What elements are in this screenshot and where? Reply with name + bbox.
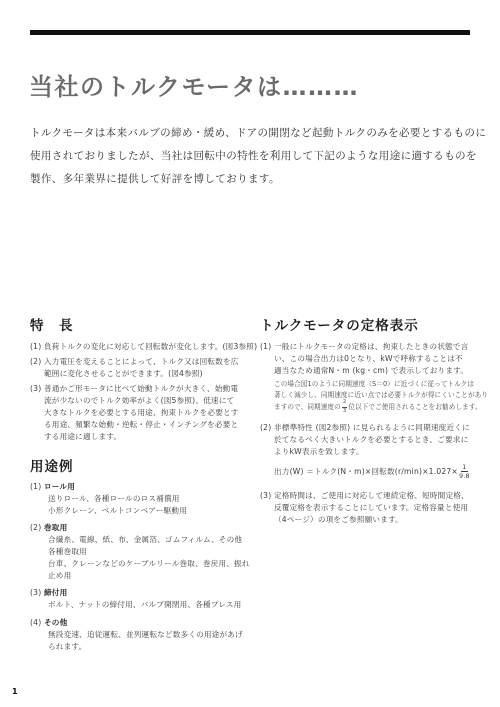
item-number: (3) [260,490,274,502]
feature-item: (3) 普通かご形モータに比べて始動トルクが大きく、始動電流が少ないのでトルク効… [30,383,252,443]
application-item-title: 締付用 [44,587,67,599]
rating-item: (2) 非標準特性 (図2参照) に見られるように同期速度近くに於てなるべく大き… [260,422,494,482]
rating-item: (3) 定格時間は、ご使用に対応して連続定格、短時間定格、反覆定格を表示すること… [260,490,494,526]
left-column: 特 長 (1) 負荷トルクの変化に対応して回転数が変化します。(図3参照) (2… [30,314,252,658]
application-item-head: (4) その他 [30,617,252,629]
text-line: 負荷トルクの変化に対応して回転数が変化します。(図3参照) [44,341,257,353]
text-line: い、この場合出力は0となり、kWで呼称することは不 [274,353,494,365]
application-item: (1) ロール用 送りロール、各種ロールのロス補償用小形クレーン、ベルトコンベア… [30,481,252,516]
intro-paragraph: トルクモータは本来バルブの締め・緩め、ドアの開閉など起動トルクのみを必要とするも… [30,122,474,191]
item-body: 非標準特性 (図2参照) に見られるように同期速度近くに於てなるべく大きいトルク… [274,422,494,482]
application-item-title: その他 [44,617,67,629]
text-line: 於てなるべく大きいトルクを必要とするとき、ご要求に [274,434,494,446]
application-item-head: (2) 巻取用 [30,522,252,534]
text-line: 各種巻取用 [48,546,252,558]
text-line: 著しく減少し、同期速度に近い点では必要トルクが得にくいことがあり [274,390,494,401]
note-text: 位以下でご使用されることをお勧めします。 [348,402,481,413]
two-column-layout: 特 長 (1) 負荷トルクの変化に対応して回転数が変化します。(図3参照) (2… [30,314,474,658]
text-line: 合繊糸、電線、紙、布、金属箔、ゴムフィルム、その他 [48,534,252,546]
text-line: （4ページ）の項をご参照願います。 [274,514,494,526]
item-number: (1) [260,341,274,353]
text-line: 製作、多年業界に提供して好評を博しております。 [30,168,474,191]
item-number: (2) [30,522,44,534]
application-item: (3) 締付用 ボルト、ナットの締付用、バルブ開閉用、各種プレス用 [30,587,252,611]
output-formula: 出力(W) ＝トルク(N・m)×回転数(r/min)×1.027× 1 9.8 [274,464,494,480]
application-item-title: ロール用 [44,481,75,493]
text-line: 止め用 [48,570,252,582]
item-lines: 送りロール、各種ロールのロス補償用小形クレーン、ベルトコンベアー駆動用 [48,493,252,517]
fraction-numerator: 1 [461,464,467,472]
text-line: 定格時間は、ご使用に対応して連続定格、短時間定格、 [274,490,494,502]
item-lines: 非標準特性 (図2参照) に見られるように同期速度近くに於てなるべく大きいトルク… [274,422,494,458]
application-item: (2) 巻取用 合繊糸、電線、紙、布、金属箔、ゴムフィルム、その他各種巻取用台車… [30,522,252,581]
text-line: よりkW表示を致します。 [274,446,494,458]
text-line: 台車、クレーンなどのケーブルリール巻取、巻戻用、振れ [48,558,252,570]
text-line: 小形クレーン、ベルトコンベアー駆動用 [48,505,252,517]
item-lines: 定格時間は、ご使用に対応して連続定格、短時間定格、反覆定格を表示することにしてい… [274,490,494,526]
item-number: (2) [30,356,44,368]
text-line: 送りロール、各種ロールのロス補償用 [48,493,252,505]
text-line: 一般にトルクモータの定格は、拘束したときの状態で言 [274,341,494,353]
fraction-two-thirds: 2 3 [342,400,348,414]
features-title: 特 長 [30,314,252,334]
text-line: 非標準特性 (図2参照) に見られるように同期速度近くに [274,422,494,434]
text-line: 流が少ないのでトルク効率がよく(図5参照)、低速にて [44,395,252,407]
item-lines: 合繊糸、電線、紙、布、金属箔、ゴムフィルム、その他各種巻取用台車、クレーンなどの… [48,534,252,581]
item-lines: 一般にトルクモータの定格は、拘束したときの状態で言い、この場合出力は0となり、k… [274,341,494,377]
item-lines: 負荷トルクの変化に対応して回転数が変化します。(図3参照) [44,341,257,353]
item-number: (1) [30,341,44,353]
page-title: 当社のトルクモータは……… [29,67,359,102]
text-line: る用途、頻繁な始動・逆転・停止・インチングを必要と [44,419,252,431]
text-line: 適当なため通常N・m (kg・cm) で表示しております。 [274,365,494,377]
text-line: 反覆定格を表示することにしています。定格容量と使用 [274,502,494,514]
application-item-head: (3) 締付用 [30,587,252,599]
rating-note: この場合図1のように同期速度（S＝0）に近づくに従ってトルクは著しく減少し、同期… [274,379,494,414]
application-item-title: 巻取用 [44,522,67,534]
text-line: 無段変速、追従運転、並列運転など数多くの用途があげ [48,629,252,641]
item-lines: 入力電圧を変えることによって、トルク又は回転数を広範囲に変化させることができます… [44,356,252,380]
application-item-head: (1) ロール用 [30,481,252,493]
document-page: 当社のトルクモータは……… トルクモータは本来バルブの締め・緩め、ドアの開閉など… [0,0,500,707]
item-number: (3) [30,587,44,599]
page-number: 1 [12,687,18,696]
rating-section: トルクモータの定格表示 (1) 一般にトルクモータの定格は、拘束したときの状態で… [260,314,494,526]
feature-item: (2) 入力電圧を変えることによって、トルク又は回転数を広範囲に変化させることが… [30,356,252,380]
note-text: ますので、同期速度の [274,402,341,413]
item-number: (4) [30,617,44,629]
fraction-numerator: 2 [342,400,348,407]
text-line: この場合図1のように同期速度（S＝0）に近づくに従ってトルクは [274,379,494,390]
text-line: 大きなトルクを必要とする用途、拘束トルクを必要とす [44,407,252,419]
text-line: 普通かご形モータに比べて始動トルクが大きく、始動電 [44,383,252,395]
application-item: (4) その他 無段変速、追従運転、並列運転など数多くの用途があげられます。 [30,617,252,652]
text-line: られます。 [48,641,252,653]
top-rule [30,30,470,35]
applications-section: 用途例 (1) ロール用 送りロール、各種ロールのロス補償用小形クレーン、ベルト… [30,455,252,652]
fraction-denominator: 3 [343,408,347,414]
rating-title: トルクモータの定格表示 [260,314,494,334]
item-number: (3) [30,383,44,395]
formula-text: 出力(W) ＝トルク(N・m)×回転数(r/min)×1.027× [274,466,458,478]
item-number: (1) [30,481,44,493]
text-line: トルクモータは本来バルブの締め・緩め、ドアの開閉など起動トルクのみを必要とするも… [30,122,474,145]
text-line: 使用されておりましたが、当社は回転中の特性を利用して下記のような用途に適するもの… [30,145,474,168]
text-line: ボルト、ナットの締付用、バルブ開閉用、各種プレス用 [48,599,252,611]
item-lines: 無段変速、追従運転、並列運転など数多くの用途があげられます。 [48,629,252,653]
item-body: 定格時間は、ご使用に対応して連続定格、短時間定格、反覆定格を表示することにしてい… [274,490,494,526]
features-section: 特 長 (1) 負荷トルクの変化に対応して回転数が変化します。(図3参照) (2… [30,314,252,443]
text-line: する用途に適します。 [44,431,252,443]
note-lines: この場合図1のように同期速度（S＝0）に近づくに従ってトルクは著しく減少し、同期… [274,379,494,400]
item-lines: ボルト、ナットの締付用、バルブ開閉用、各種プレス用 [48,599,252,611]
text-line: 範囲に変化させることができます。(図4参照) [44,368,252,380]
item-body: 一般にトルクモータの定格は、拘束したときの状態で言い、この場合出力は0となり、k… [274,341,494,414]
item-lines: 普通かご形モータに比べて始動トルクが大きく、始動電流が少ないのでトルク効率がよく… [44,383,252,443]
fraction-one-over-9-8: 1 9.8 [459,464,470,480]
feature-item: (1) 負荷トルクの変化に対応して回転数が変化します。(図3参照) [30,341,252,353]
fraction-denominator: 9.8 [459,472,470,479]
note-last-line: ますので、同期速度の 2 3 位以下でご使用されることをお勧めします。 [274,400,494,414]
item-number: (2) [260,422,274,434]
rating-item: (1) 一般にトルクモータの定格は、拘束したときの状態で言い、この場合出力は0と… [260,341,494,414]
applications-title: 用途例 [30,455,252,475]
text-line: 入力電圧を変えることによって、トルク又は回転数を広 [44,356,252,368]
right-column: トルクモータの定格表示 (1) 一般にトルクモータの定格は、拘束したときの状態で… [260,314,494,658]
